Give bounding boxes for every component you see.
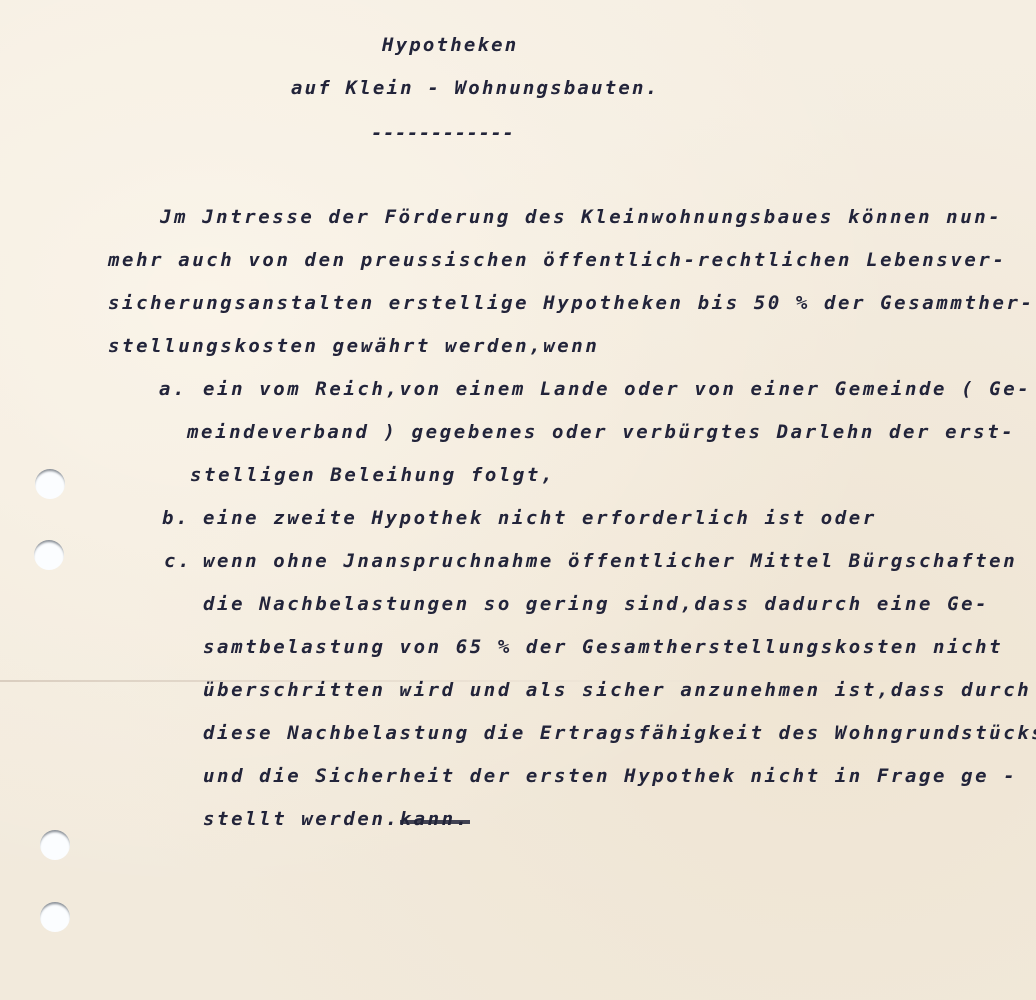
- condition-a-line: stelligen Beleihung folgt,: [190, 464, 555, 486]
- condition-a-line: meindeverband ) gegebenes oder verbürgte…: [187, 421, 1015, 443]
- document-subtitle: auf Klein - Wohnungsbauten.: [291, 77, 659, 99]
- intro-line: sicherungsanstalten erstellige Hypotheke…: [108, 292, 1035, 314]
- condition-c-line: und die Sicherheit der ersten Hypothek n…: [203, 765, 1017, 787]
- intro-line: Jm Jntresse der Förderung des Kleinwohnu…: [160, 206, 1002, 228]
- title-separator: ------------: [371, 122, 514, 144]
- typed-document-page: Hypotheken auf Klein - Wohnungsbauten. -…: [0, 0, 1036, 1000]
- condition-c-line: diese Nachbelastung die Ertragsfähigkeit…: [203, 722, 1036, 744]
- condition-b-marker: b.: [162, 507, 190, 529]
- condition-a-line: ein vom Reich,von einem Lande oder von e…: [203, 378, 1031, 400]
- intro-line: mehr auch von den preussischen öffentlic…: [108, 249, 1007, 271]
- condition-c-last-line: stellt werden.kann.: [203, 808, 470, 830]
- struck-through-word: kann.: [400, 808, 470, 830]
- punch-hole-icon: [35, 469, 65, 499]
- condition-b-line: eine zweite Hypothek nicht erforderlich …: [203, 507, 877, 529]
- condition-c-line: überschritten wird und als sicher anzune…: [203, 679, 1031, 701]
- condition-a-marker: a.: [159, 378, 187, 400]
- condition-c-line: die Nachbelastungen so gering sind,dass …: [203, 593, 989, 615]
- intro-line: stellungskosten gewährt werden,wenn: [108, 335, 599, 357]
- document-title: Hypotheken: [382, 34, 518, 56]
- condition-c-text: stellt werden.: [203, 808, 400, 830]
- punch-hole-icon: [34, 540, 64, 570]
- punch-hole-icon: [40, 902, 70, 932]
- condition-c-marker: c.: [164, 550, 192, 572]
- condition-c-line: samtbelastung von 65 % der Gesamtherstel…: [203, 636, 1003, 658]
- condition-c-line: wenn ohne Jnanspruchnahme öffentlicher M…: [203, 550, 1017, 572]
- punch-hole-icon: [40, 830, 70, 860]
